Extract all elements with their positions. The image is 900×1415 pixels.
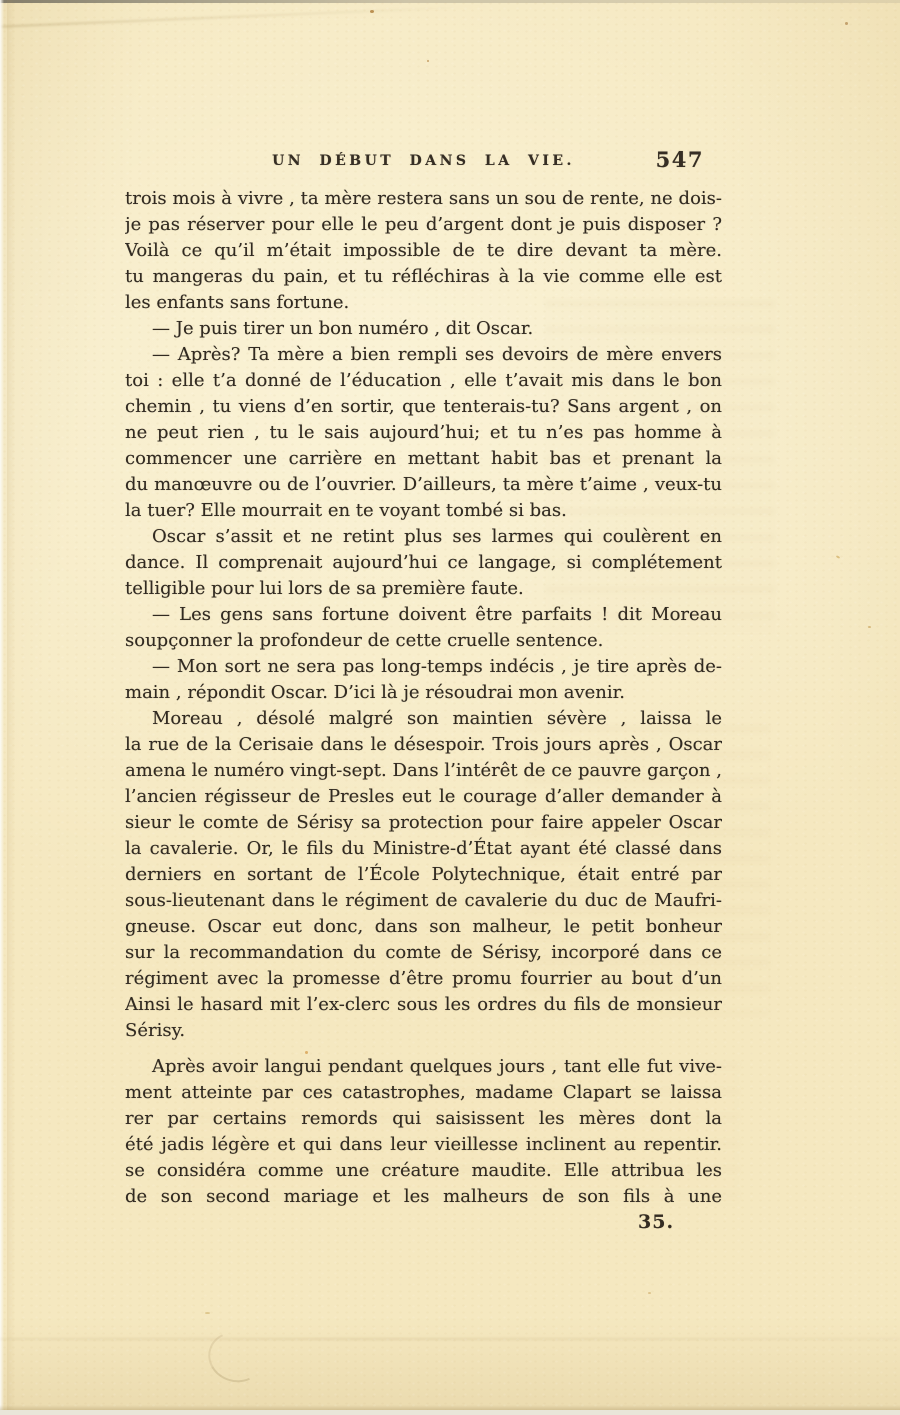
text-line: — Les gens sans fortune doivent être par… [125,602,722,628]
paper-fold-shadow [0,1338,900,1340]
text-line: Après avoir langui pendant quelques jour… [125,1054,722,1080]
text-line: ment atteinte par ces catastrophes, mada… [125,1080,722,1106]
text-line: la cavalerie. Or, le fils du Ministre-d’… [125,836,722,862]
text-line: Moreau , désolé malgré son maintien sévè… [125,706,722,732]
text-line: sieur le comte de Sérisy sa protection p… [125,810,722,836]
text-line: sur la recommandation du comte de Sérisy… [125,940,722,966]
paragraph: — Après? Ta mère a bien rempli ses devoi… [125,342,722,524]
text-line: se considéra comme une créature maudite.… [125,1158,722,1184]
text-line: commencer une carrière en mettant habit … [125,446,722,472]
foxing-speck [868,626,871,628]
text-line: la rue de la Cerisaie dans le désespoir.… [125,732,722,758]
text-line: Sérisy. [125,1018,722,1044]
text-line: trois mois à vivre , ta mère restera san… [125,186,722,212]
text-line: — Après? Ta mère a bien rempli ses devoi… [125,342,722,368]
text-line: Voilà ce qu’il m’était impossible de te … [125,238,722,264]
foxing-speck [836,555,840,559]
paper-crease [0,5,490,29]
text-line: rer par certains remords qui saisissent … [125,1106,722,1132]
signature-mark: 35. [638,1211,674,1233]
text-line: chemin , tu viens d’en sortir, que tente… [125,394,722,420]
page-number: 547 [656,147,704,172]
text-line: été jadis légère et qui dans leur vieill… [125,1132,722,1158]
paragraph: trois mois à vivre , ta mère restera san… [125,186,722,316]
text-line: l’ancien régisseur de Presles eut le cou… [125,784,722,810]
foxing-speck [205,1312,210,1314]
book-page: UN DÉBUT DANS LA VIE. 547 trois mois à v… [0,0,900,1415]
text-line: amena le numéro vingt-sept. Dans l’intér… [125,758,722,784]
text-line: gneuse. Oscar eut donc, dans son malheur… [125,914,722,940]
body-text: trois mois à vivre , ta mère restera san… [125,186,722,1210]
foxing-speck [648,1292,651,1294]
paragraph: Après avoir langui pendant quelques jour… [125,1054,722,1210]
paragraph: Oscar s’assit et ne retint plus ses larm… [125,524,722,602]
text-line: les enfants sans fortune. [125,290,722,316]
paragraph: Moreau , désolé malgré son maintien sévè… [125,706,722,1044]
text-line: soupçonner la profondeur de cette cruell… [125,628,722,654]
paper-crease-left [7,0,15,1415]
text-line: ne peut rien , tu le sais aujourd’hui; e… [125,420,722,446]
page-left-edge [0,0,4,1415]
text-line: régiment avec la promesse d’être promu f… [125,966,722,992]
text-line: tu mangeras du pain, et tu réfléchiras à… [125,264,722,290]
text-line: sous-lieutenant dans le régiment de cava… [125,888,722,914]
text-line: telligible pour lui lors de sa première … [125,576,722,602]
text-line: derniers en sortant de l’École Polytechn… [125,862,722,888]
paragraph: — Je puis tirer un bon numéro , dit Osca… [125,316,722,342]
text-line: — Mon sort ne sera pas long-temps indéci… [125,654,722,680]
text-line: la tuer? Elle mourrait en te voyant tomb… [125,498,722,524]
running-head-title: UN DÉBUT DANS LA VIE. [125,153,722,169]
paragraph: — Les gens sans fortune doivent être par… [125,602,722,654]
text-line: — Je puis tirer un bon numéro , dit Osca… [125,316,722,342]
text-line: je pas réserver pour elle le peu d’argen… [125,212,722,238]
paper-curl-mark [202,1325,271,1390]
paragraph: — Mon sort ne sera pas long-temps indéci… [125,654,722,706]
text-line: toi : elle t’a donné de l’éducation , el… [125,368,722,394]
page-header: UN DÉBUT DANS LA VIE. 547 [125,153,722,179]
text-line: de son second mariage et les malheurs de… [125,1184,722,1210]
foxing-speck [845,22,848,25]
foxing-speck [427,60,429,62]
text-line: du manœuvre ou de l’ouvrier. D’ailleurs,… [125,472,722,498]
text-line: Ainsi le hasard mit l’ex-clerc sous les … [125,992,722,1018]
text-line: main , répondit Oscar. D’ici là je résou… [125,680,722,706]
page-bottom-edge [0,1410,900,1415]
text-line: Oscar s’assit et ne retint plus ses larm… [125,524,722,550]
page-top-edge [0,0,900,3]
text-line: dance. Il comprenait aujourd’hui ce lang… [125,550,722,576]
